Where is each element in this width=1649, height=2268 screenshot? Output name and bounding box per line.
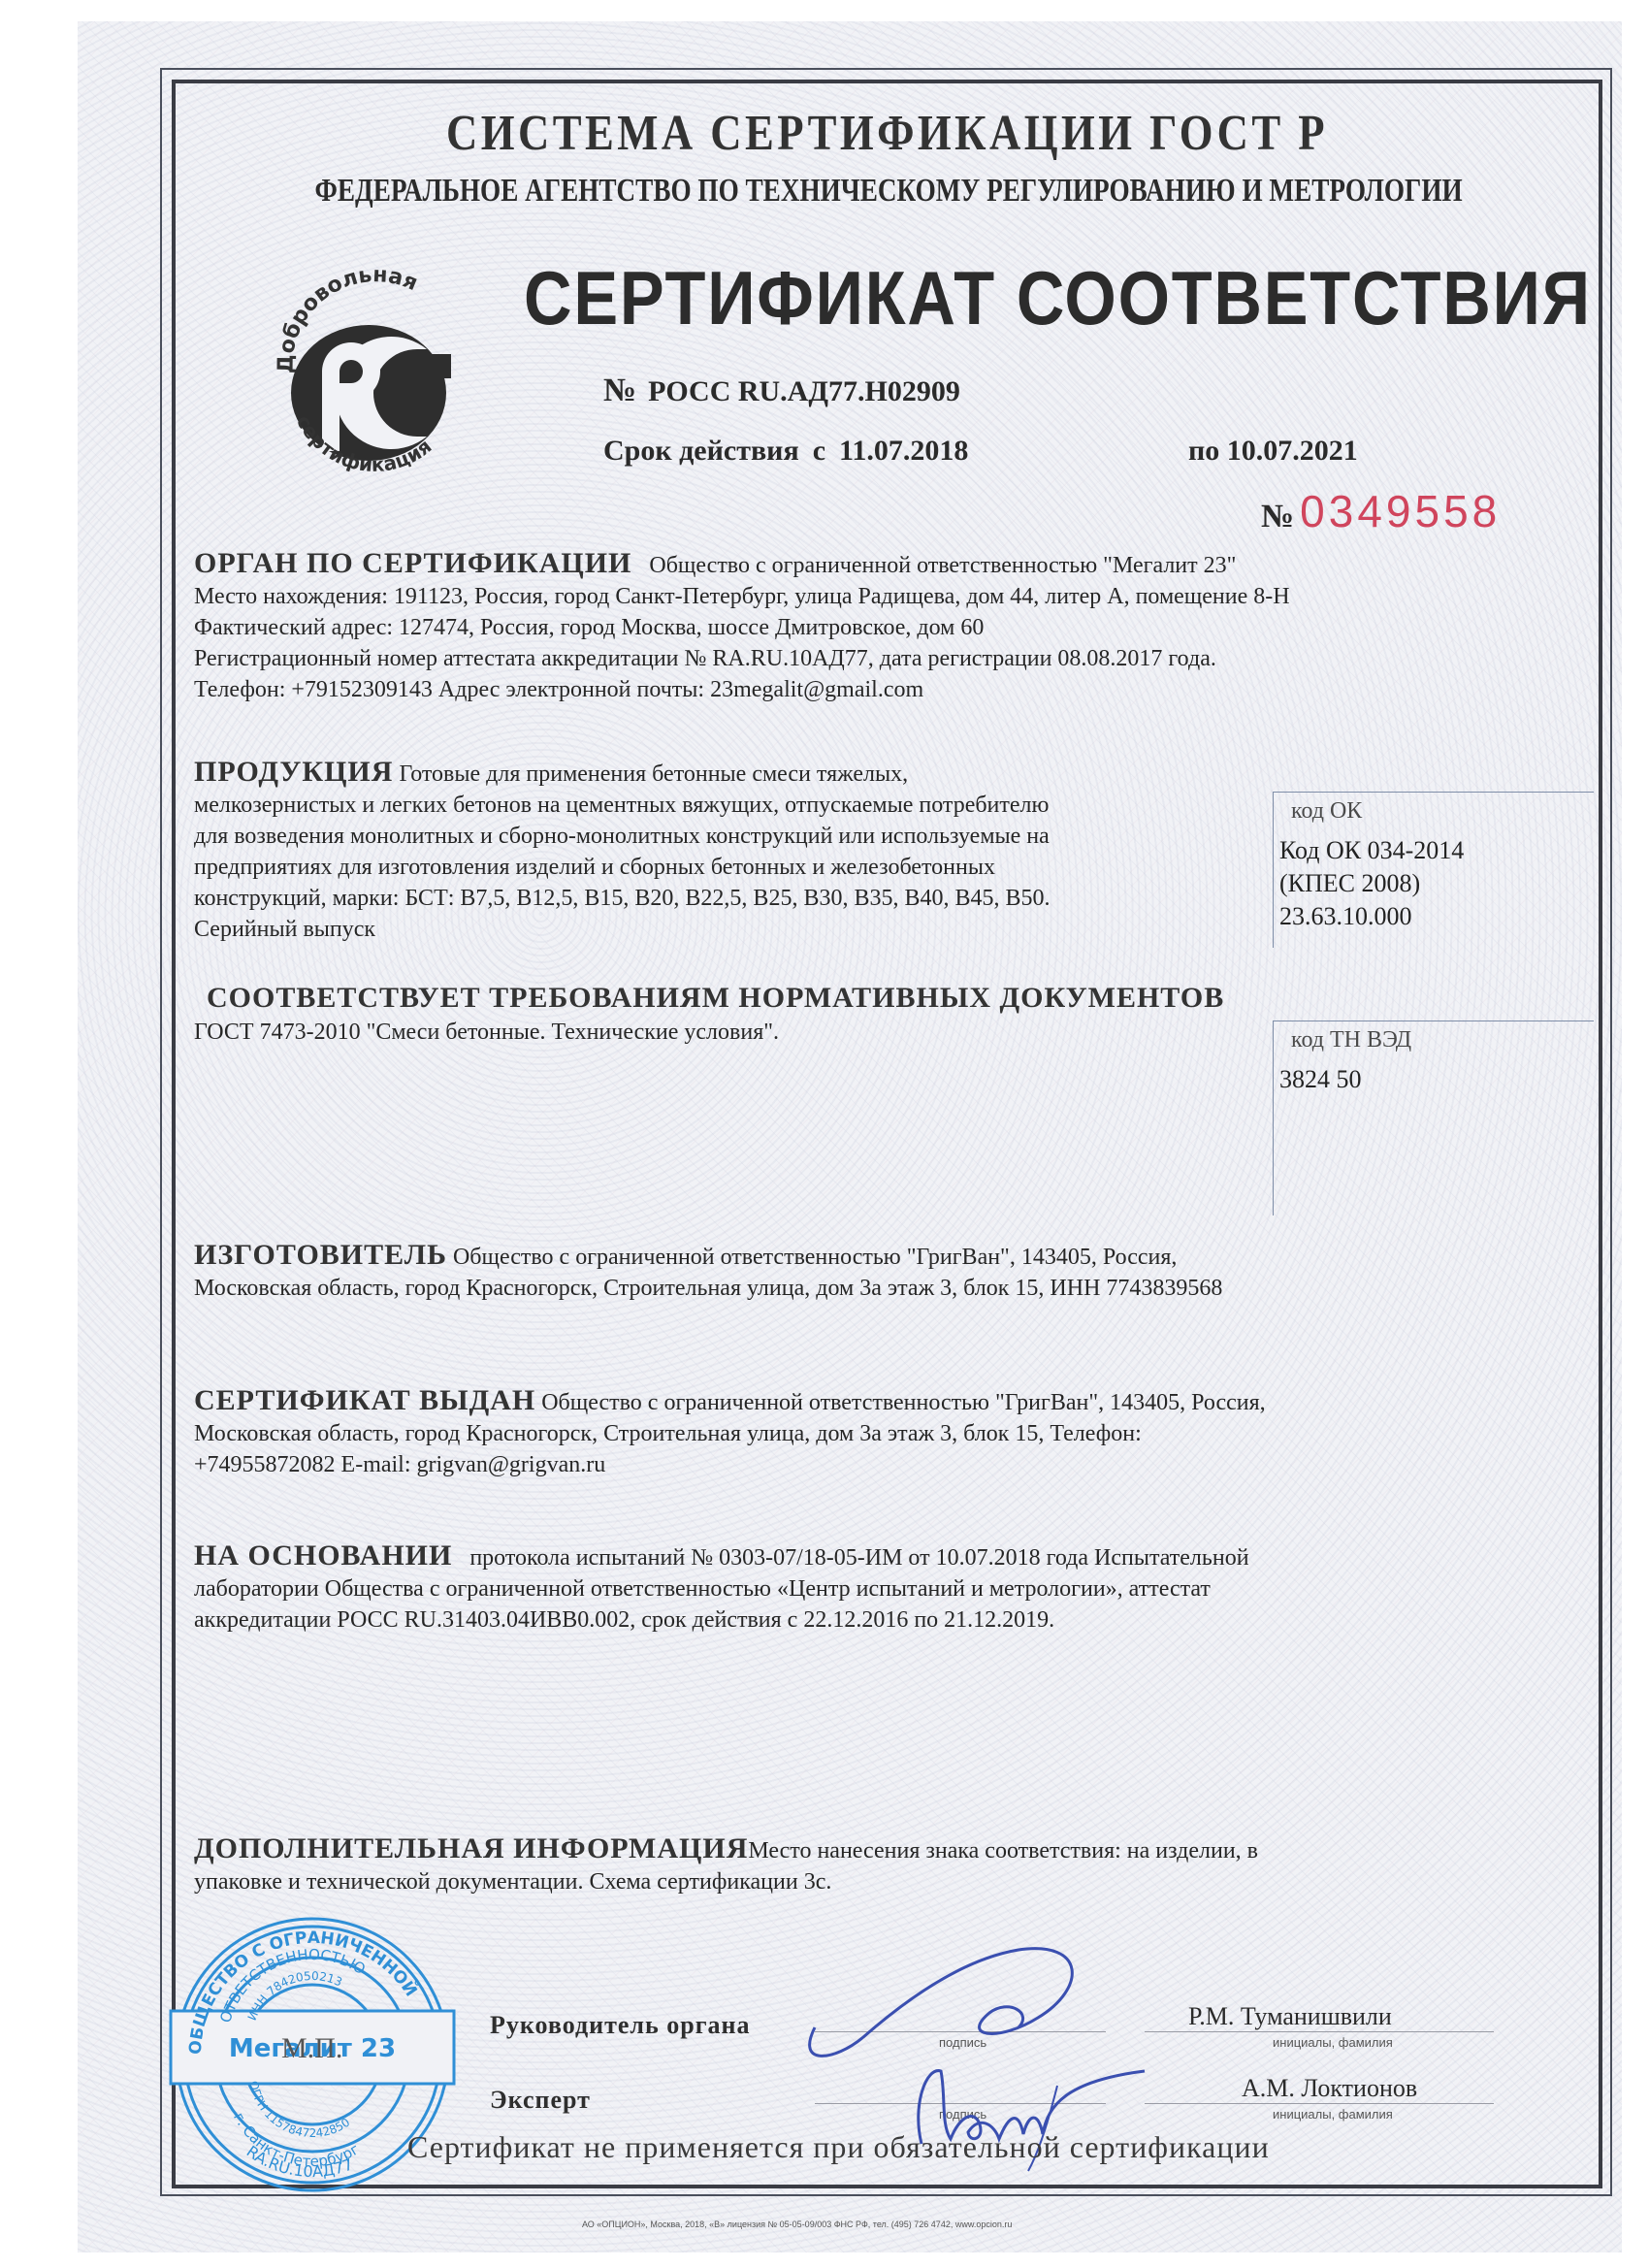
certification-body-line: Фактический адрес: 127474, Россия, город… bbox=[194, 612, 1552, 643]
basis-line: аккредитации РОСС RU.31403.04ИВВ0.002, с… bbox=[194, 1604, 1249, 1636]
ok-code-caption: код ОК bbox=[1274, 793, 1594, 825]
product-line: мелкозернистых и легких бетонов на цемен… bbox=[194, 790, 1261, 821]
tnved-code-caption: код ТН ВЭД bbox=[1274, 1021, 1594, 1053]
validity-period: Срок действияс11.07.2018 bbox=[603, 435, 968, 468]
issued-to-line: Московская область, город Красногорск, С… bbox=[194, 1418, 1266, 1449]
head-name-line bbox=[1145, 2031, 1494, 2032]
tnved-code-box: код ТН ВЭД 3824 50 bbox=[1273, 1021, 1594, 1215]
blank-number-value: 0349558 bbox=[1300, 486, 1501, 536]
issued-to-heading: СЕРТИФИКАТ ВЫДАН bbox=[194, 1384, 535, 1416]
product-heading: ПРОДУКЦИЯ bbox=[194, 756, 393, 788]
ok-code-line: 23.63.10.000 bbox=[1279, 900, 1594, 933]
product-line: конструкций, марки: БСТ: B7,5, B12,5, B1… bbox=[194, 883, 1261, 914]
certification-body-name: Общество с ограниченной ответственностью… bbox=[649, 553, 1236, 578]
valid-to-date: 10.07.2021 bbox=[1227, 435, 1358, 467]
issued-to-section: СЕРТИФИКАТ ВЫДАН Общество с ограниченной… bbox=[194, 1385, 1266, 1480]
basis-heading: НА ОСНОВАНИИ bbox=[194, 1539, 452, 1571]
manufacturer-line: Общество с ограниченной ответственностью… bbox=[453, 1245, 1177, 1270]
certification-body-line: Регистрационный номер аттестата аккредит… bbox=[194, 643, 1552, 674]
manufacturer-line: Московская область, город Красногорск, С… bbox=[194, 1273, 1222, 1304]
validity-from-label: с bbox=[813, 435, 825, 467]
stamp-ogrn-text: ОГРН 1157847242850 bbox=[246, 2080, 352, 2140]
basis-section: НА ОСНОВАНИИ протокола испытаний № 0303-… bbox=[194, 1540, 1249, 1636]
expert-label: Эксперт bbox=[490, 2086, 591, 2115]
additional-info-section: ДОПОЛНИТЕЛЬНАЯ ИНФОРМАЦИЯМесто нанесения… bbox=[194, 1833, 1258, 1897]
certificate-title: СЕРТИФИКАТ СООТВЕТСТВИЯ bbox=[524, 254, 1592, 342]
conformity-heading: СООТВЕТСТВУЕТ ТРЕБОВАНИЯМ НОРМАТИВНЫХ ДО… bbox=[207, 982, 1224, 1015]
product-line: Готовые для применения бетонные смеси тя… bbox=[399, 761, 908, 787]
printer-imprint: АО «ОПЦИОН», Москва, 2018, «В» лицензия … bbox=[582, 2219, 1012, 2229]
additional-info-heading: ДОПОЛНИТЕЛЬНАЯ ИНФОРМАЦИЯ bbox=[194, 1832, 748, 1864]
blank-number-sign: № bbox=[1261, 499, 1294, 535]
ok-code-line: (КПЕС 2008) bbox=[1279, 867, 1594, 900]
expert-name-caption: инициалы, фамилия bbox=[1273, 2107, 1393, 2122]
issued-to-line: Общество с ограниченной ответственностью… bbox=[541, 1390, 1265, 1415]
validity-to-label: по bbox=[1188, 435, 1219, 467]
voluntary-notice: Сертификат не применяется при обязательн… bbox=[407, 2129, 1270, 2165]
blank-serial-number: №0349558 bbox=[1261, 485, 1501, 537]
manufacturer-heading: ИЗГОТОВИТЕЛЬ bbox=[194, 1239, 447, 1271]
tnved-code-line: 3824 50 bbox=[1279, 1063, 1594, 1096]
registration-number: №РОСС RU.АД77.Н02909 bbox=[603, 373, 960, 409]
product-line: Серийный выпуск bbox=[194, 914, 1261, 945]
rst-logo-icon: Добровольная сертификация bbox=[272, 257, 475, 490]
product-line: для возведения монолитных и сборно-монол… bbox=[194, 821, 1261, 852]
head-of-body-label: Руководитель органа bbox=[490, 2011, 751, 2040]
certification-body-line: Место нахождения: 191123, Россия, город … bbox=[194, 581, 1552, 612]
number-sign: № bbox=[603, 373, 636, 408]
additional-info-line: Место нанесения знака соответствия: на и… bbox=[748, 1838, 1258, 1863]
valid-from-date: 11.07.2018 bbox=[839, 435, 968, 467]
expert-name: А.М. Локтионов bbox=[1242, 2074, 1417, 2103]
ok-code-line: Код ОК 034-2014 bbox=[1279, 834, 1594, 867]
certification-body-section: ОРГАН ПО СЕРТИФИКАЦИИ Общество с огранич… bbox=[194, 548, 1552, 705]
system-title: СИСТЕМА СЕРТИФИКАЦИИ ГОСТ Р bbox=[272, 105, 1503, 162]
conformity-standard: ГОСТ 7473-2010 "Смеси бетонные. Техничес… bbox=[194, 1017, 779, 1048]
issued-to-line: +74955872082 E-mail: grigvan@grigvan.ru bbox=[194, 1449, 1266, 1480]
product-section: ПРОДУКЦИЯ Готовые для применения бетонны… bbox=[194, 757, 1261, 945]
manufacturer-section: ИЗГОТОВИТЕЛЬ Общество с ограниченной отв… bbox=[194, 1240, 1222, 1304]
certification-body-line: Телефон: +79152309143 Адрес электронной … bbox=[194, 674, 1552, 705]
basis-line: протокола испытаний № 0303-07/18-05-ИМ о… bbox=[469, 1545, 1248, 1571]
head-name: Р.М. Туманишвили bbox=[1188, 2002, 1392, 2031]
seal-place-label: М.П. bbox=[281, 2032, 342, 2065]
basis-line: лаборатории Общества с ограниченной отве… bbox=[194, 1573, 1249, 1604]
validity-end: по 10.07.2021 bbox=[1188, 435, 1358, 468]
certification-body-heading: ОРГАН ПО СЕРТИФИКАЦИИ bbox=[194, 547, 631, 579]
registration-number-value: РОСС RU.АД77.Н02909 bbox=[648, 375, 960, 407]
additional-info-line: упаковке и технической документации. Схе… bbox=[194, 1866, 1258, 1897]
expert-name-line bbox=[1145, 2103, 1494, 2104]
ok-code-box: код ОК Код ОК 034-2014 (КПЕС 2008) 23.63… bbox=[1273, 792, 1594, 948]
agency-title: ФЕДЕРАЛЬНОЕ АГЕНТСТВО ПО ТЕХНИЧЕСКОМУ РЕ… bbox=[315, 173, 1460, 210]
svg-text:ОГРН 1157847242850: ОГРН 1157847242850 bbox=[246, 2080, 352, 2140]
validity-label: Срок действия bbox=[603, 435, 799, 467]
head-name-caption: инициалы, фамилия bbox=[1273, 2035, 1393, 2050]
product-line: предприятиях для изготовления изделий и … bbox=[194, 852, 1261, 883]
